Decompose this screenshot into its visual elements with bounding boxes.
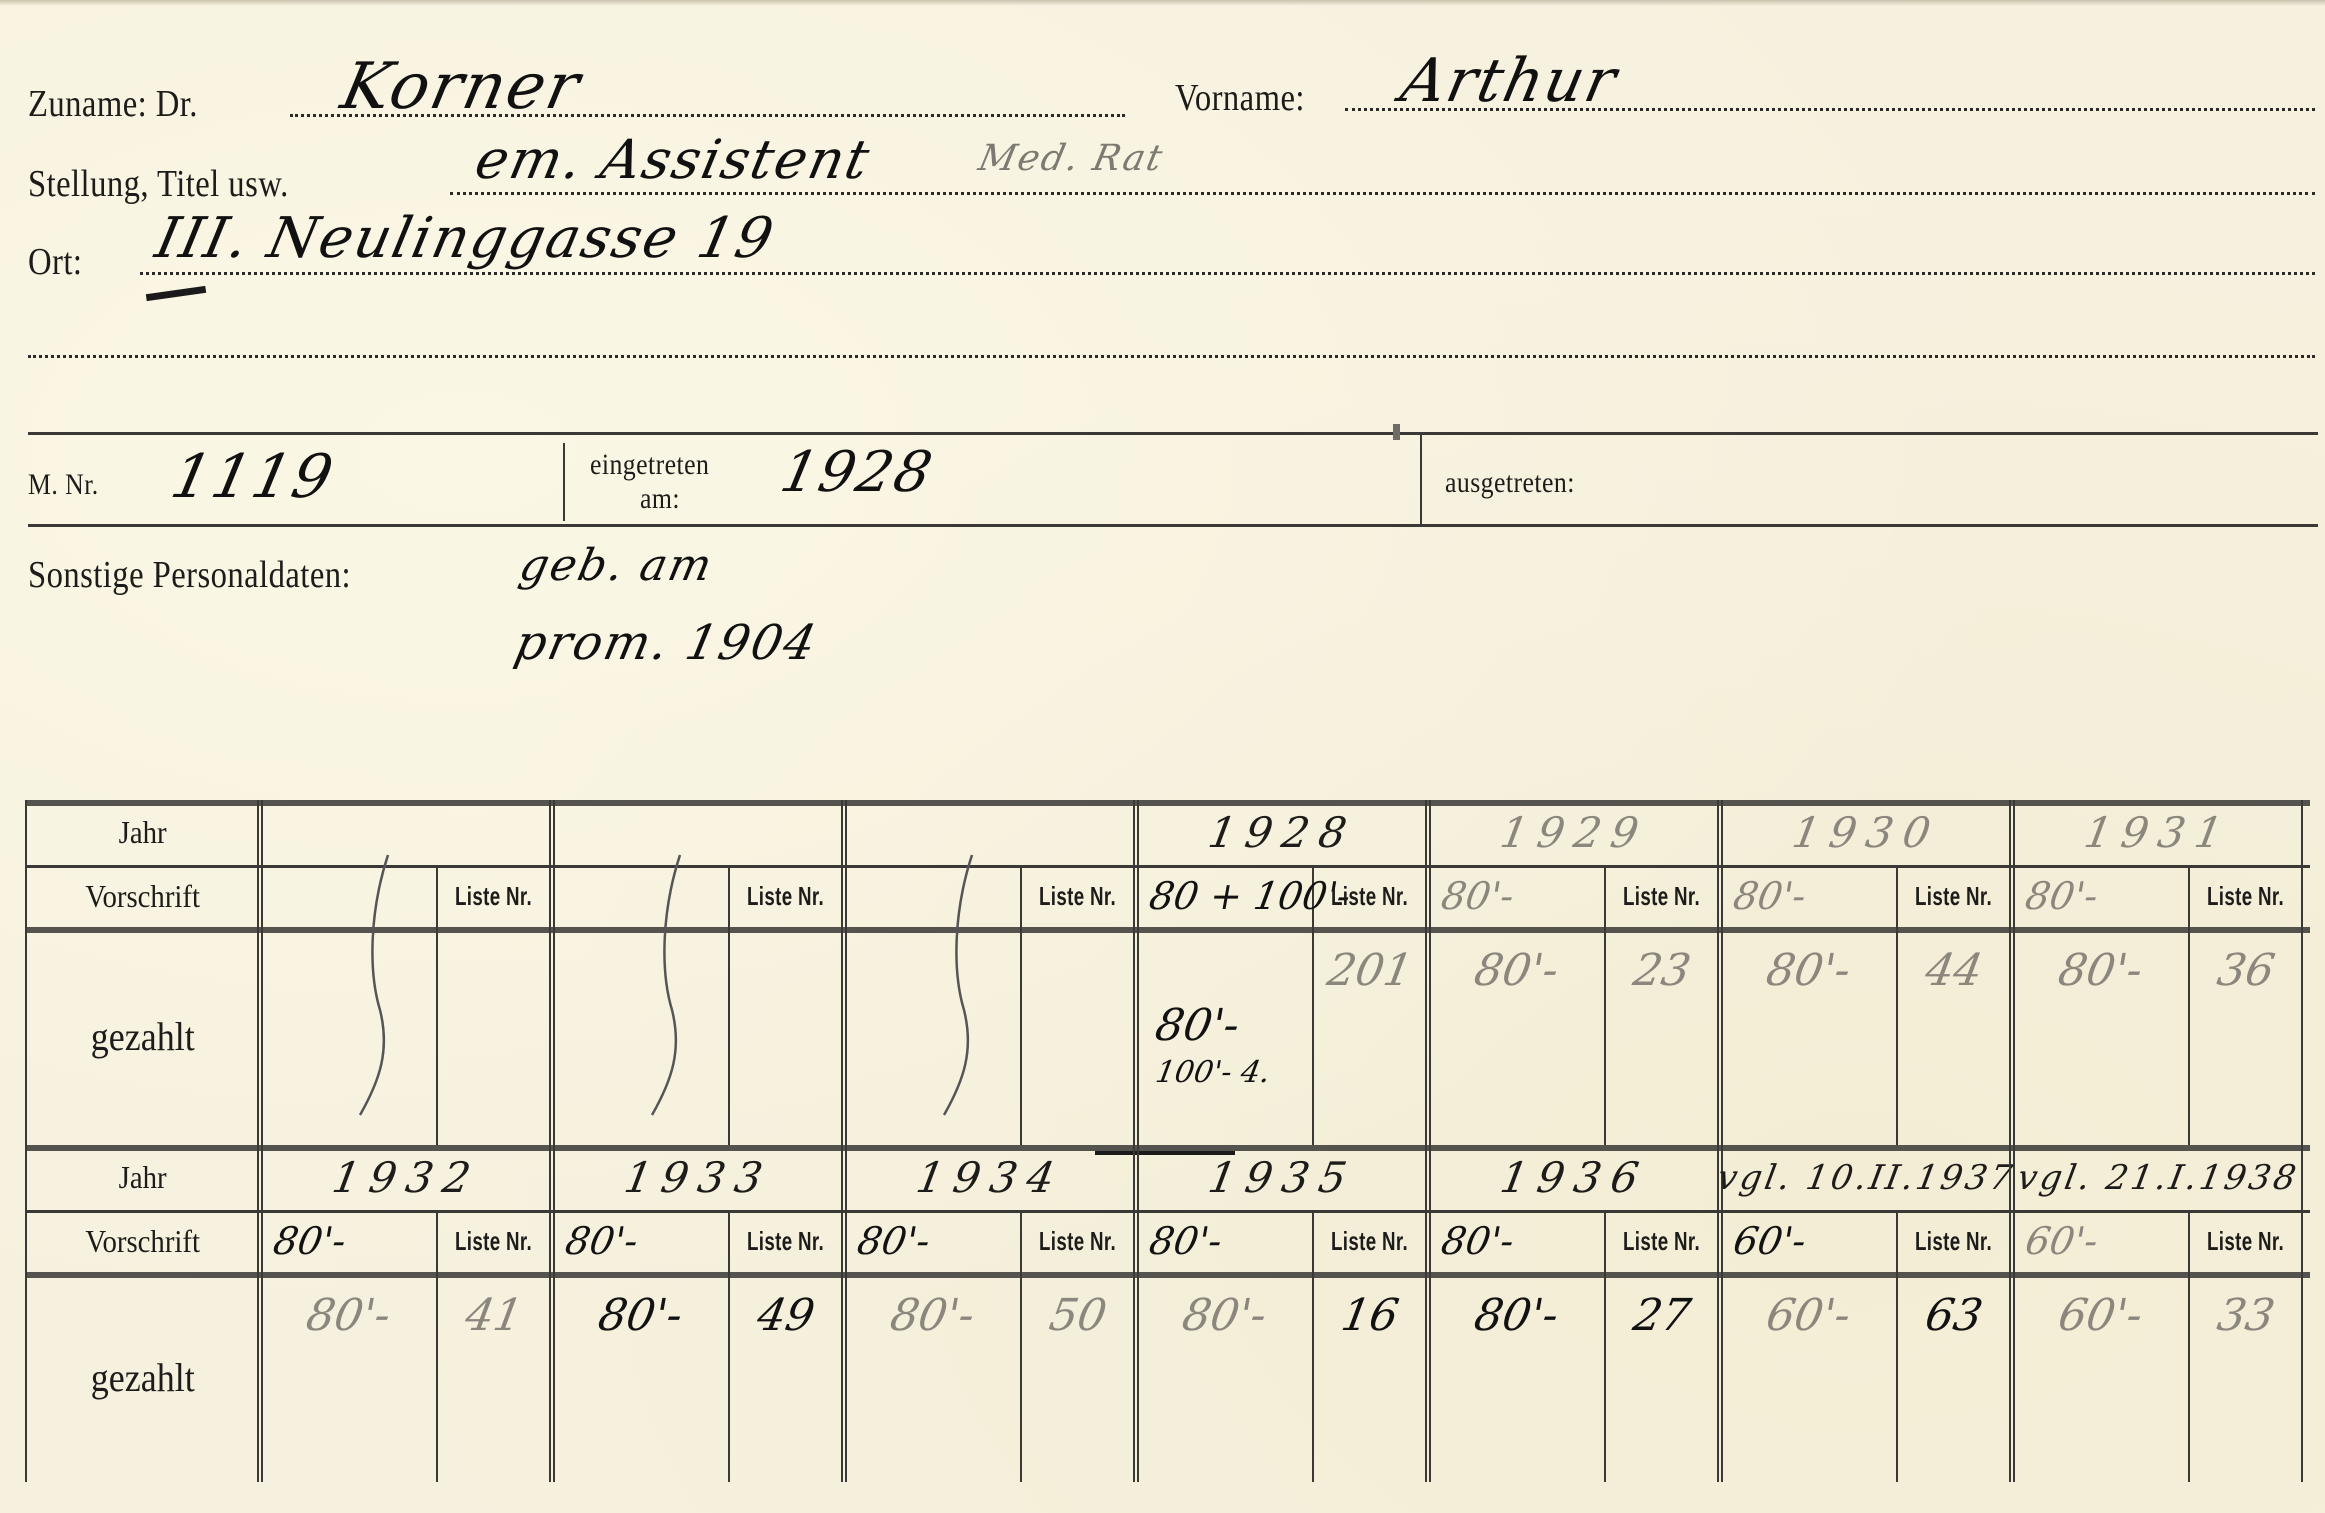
membership-card: Zuname: Dr. Korner Vorname: Arthur Stell… [0,0,2325,1513]
liste-nr-label: Liste Nr. [1039,1226,1116,1257]
scan-edge [0,0,2325,6]
strip-divider-1 [563,443,565,521]
personal-data-line2: prom. 1904 [510,615,823,671]
row-label-required: Vorschrift [25,1210,260,1272]
year-cell: 1933 [552,1145,844,1210]
year-value: 1933 [620,1153,776,1202]
liste-nr-value: 50 [1046,1290,1111,1341]
place-label: Ort: [28,240,82,284]
required-amount-value: 80'- [2022,874,2101,918]
required-amount-cell: 80'- [2012,865,2188,927]
paid-amount-cell: 80'- [1720,927,1896,1145]
strip-divider-2 [1420,432,1422,524]
position-label: Stellung, Titel usw. [28,162,289,206]
left-label: ausgetreten: [1445,466,1575,500]
required-amount-value: 60'- [2022,1219,2101,1263]
liste-nr-cell [436,927,552,1145]
paid-amount-value: 80'- [1178,1290,1270,1341]
liste-nr-cell: 201 [1312,927,1428,1145]
row-label-year: Jahr [25,1145,260,1210]
year-value: 1928 [1204,808,1360,857]
joined-label-line1: eingetreten [590,448,709,482]
row-label-paid: gezahlt [25,1272,260,1482]
paid-amount-value: 80'- [302,1290,394,1341]
strike-through-mark [350,850,420,1120]
year-cell: 1934 [844,1145,1136,1210]
liste-nr-label: Liste Nr. [1915,1226,1992,1257]
paid-amount-cell: 80'- [1428,927,1604,1145]
liste-nr-cell: 41 [436,1272,552,1482]
required-amount-value: 60'- [1730,1219,1809,1263]
paid-amount-value: 80'- [886,1290,978,1341]
liste-nr-cell: 36 [2188,927,2304,1145]
required-amount-value: 80'- [1146,1219,1225,1263]
year-value: 1930 [1788,808,1944,857]
year-value: 1936 [1496,1153,1652,1202]
liste-nr-label-cell: Liste Nr. [436,1210,552,1272]
liste-nr-cell: 27 [1604,1272,1720,1482]
row-label-required-text: Vorschrift [85,878,200,915]
row-label-required: Vorschrift [25,865,260,927]
position-line [450,192,2315,195]
required-amount-value: 80'- [270,1219,349,1263]
year-cell: 1928 [1136,800,1428,865]
strip-bottom-rule [28,524,2318,527]
paid-amount-cell: 80'- [1428,1272,1604,1482]
paid-amount-value: 60'- [2054,1290,2146,1341]
year-cell: 1936 [1428,1145,1720,1210]
required-amount-cell: 60'- [2012,1210,2188,1272]
paid-amount-cell: 80'- [552,1272,728,1482]
paid-amount-cell: 80'- [2012,927,2188,1145]
paid-amount-extra: 100'- 4. [1153,1055,1273,1090]
liste-nr-value: 41 [462,1290,527,1341]
year-value: vgl. 21.I.1938 [2014,1158,2301,1198]
row-label-year-text: Jahr [119,814,167,851]
liste-nr-label: Liste Nr. [747,881,824,912]
place-value: III. Neulinggasse 19 [150,206,781,271]
liste-nr-value: 63 [1922,1290,1987,1341]
paid-amount-cell: 80'- [260,1272,436,1482]
row-label-year: Jahr [25,800,260,865]
required-amount-cell: 80'- [260,1210,436,1272]
required-amount-value: 80'- [1438,1219,1517,1263]
required-amount-cell: 80 + 100'- [1136,865,1312,927]
liste-nr-label-cell: Liste Nr. [1896,865,2012,927]
liste-nr-value: 201 [1324,945,1417,996]
required-amount-cell: 80'- [1428,1210,1604,1272]
row-label-paid-text: gezahlt [91,1354,195,1401]
year-value: 1932 [328,1153,484,1202]
strip-mark [1393,424,1400,440]
liste-nr-label: Liste Nr. [1623,881,1700,912]
year-cell: 1932 [260,1145,552,1210]
year-value: 1929 [1496,808,1652,857]
surname-value: Korner [335,50,588,124]
required-amount-value: 80'- [854,1219,933,1263]
liste-nr-label: Liste Nr. [2207,881,2284,912]
year-cell: 1931 [2012,800,2304,865]
blank-line [28,355,2315,358]
required-amount-cell: 80'- [844,1210,1020,1272]
year-cell: vgl. 21.I.1938 [2012,1145,2304,1210]
liste-nr-label-cell: Liste Nr. [1896,1210,2012,1272]
paid-amount-value: 80'- [2054,945,2146,996]
liste-nr-label: Liste Nr. [1331,1226,1408,1257]
liste-nr-cell [728,927,844,1145]
joined-value: 1928 [775,440,939,505]
year-cell: 1935 [1136,1145,1428,1210]
liste-nr-cell: 44 [1896,927,2012,1145]
row-label-required-text: Vorschrift [85,1223,200,1260]
liste-nr-label: Liste Nr. [1623,1226,1700,1257]
liste-nr-label-cell: Liste Nr. [2188,865,2304,927]
liste-nr-cell: 33 [2188,1272,2304,1482]
liste-nr-label: Liste Nr. [455,881,532,912]
paid-amount-value: 80'- [1470,1290,1562,1341]
liste-nr-label-cell: Liste Nr. [1020,1210,1136,1272]
liste-nr-value: 33 [2214,1290,2279,1341]
liste-nr-label-cell: Liste Nr. [2188,1210,2304,1272]
liste-nr-value: 16 [1338,1290,1403,1341]
year-cell: 1929 [1428,800,1720,865]
liste-nr-cell: 16 [1312,1272,1428,1482]
row-label-year-text: Jahr [119,1159,167,1196]
liste-nr-cell: 50 [1020,1272,1136,1482]
paid-amount-cell: 60'- [2012,1272,2188,1482]
liste-nr-cell [1020,927,1136,1145]
strip-top-rule [28,432,2318,435]
liste-nr-cell: 63 [1896,1272,2012,1482]
paid-amount-cell: 80'-100'- 4. [1136,927,1312,1145]
year-value: 1934 [912,1153,1068,1202]
paid-amount-cell: 80'- [844,1272,1020,1482]
liste-nr-label-cell: Liste Nr. [436,865,552,927]
personal-data-line1: geb. am [515,540,718,591]
firstname-label: Vorname: [1175,76,1305,120]
liste-nr-value: 27 [1630,1290,1695,1341]
required-amount-value: 80'- [562,1219,641,1263]
liste-nr-label: Liste Nr. [2207,1226,2284,1257]
position-note: Med. Rat [975,138,1168,179]
row-label-paid: gezahlt [25,927,260,1145]
year-cell: 1930 [1720,800,2012,865]
member-number-value: 1119 [165,442,341,512]
liste-nr-label: Liste Nr. [747,1226,824,1257]
paid-amount-cell: 80'- [1136,1272,1312,1482]
required-amount-cell: 80'- [1428,865,1604,927]
liste-nr-label: Liste Nr. [1331,881,1408,912]
required-amount-cell: 80'- [1720,865,1896,927]
member-number-label: M. Nr. [28,468,99,502]
liste-nr-label-cell: Liste Nr. [1312,865,1428,927]
year-cell: vgl. 10.II.1937 [1720,1145,2012,1210]
place-line [140,272,2315,275]
liste-nr-value: 44 [1922,945,1987,996]
paid-amount-cell: 60'- [1720,1272,1896,1482]
required-amount-cell: 80'- [552,1210,728,1272]
year-value: vgl. 10.II.1937 [1714,1158,2018,1198]
paid-amount-value: 80'- [1470,945,1562,996]
strike-through-mark [934,850,1004,1120]
table-right-border [2301,1145,2303,1482]
personal-data-label: Sonstige Personaldaten: [28,553,351,597]
surname-label: Zuname: Dr. [28,82,198,126]
liste-nr-label: Liste Nr. [455,1226,532,1257]
liste-nr-cell: 49 [728,1272,844,1482]
firstname-value: Arthur [1395,46,1624,116]
liste-nr-cell: 23 [1604,927,1720,1145]
liste-nr-label-cell: Liste Nr. [1604,865,1720,927]
liste-nr-label-cell: Liste Nr. [1604,1210,1720,1272]
position-value: em. Assistent [470,128,876,191]
paid-amount-value: 80'- [594,1290,686,1341]
required-amount-cell: 60'- [1720,1210,1896,1272]
strike-through-mark [642,850,712,1120]
year-value: 1931 [2080,808,2236,857]
liste-nr-value: 49 [754,1290,819,1341]
liste-nr-value: 23 [1630,945,1695,996]
row-label-paid-text: gezahlt [91,1013,195,1060]
required-amount-cell: 80'- [1136,1210,1312,1272]
paid-amount-value: 80'- [1152,1000,1244,1051]
liste-nr-label: Liste Nr. [1039,881,1116,912]
place-underline [146,286,206,301]
liste-nr-label-cell: Liste Nr. [728,1210,844,1272]
liste-nr-value: 36 [2214,945,2279,996]
joined-label-line2: am: [640,482,680,516]
liste-nr-label-cell: Liste Nr. [1020,865,1136,927]
required-amount-value: 80'- [1730,874,1809,918]
paid-amount-value: 60'- [1762,1290,1854,1341]
liste-nr-label-cell: Liste Nr. [728,865,844,927]
liste-nr-label-cell: Liste Nr. [1312,1210,1428,1272]
required-amount-value: 80'- [1438,874,1517,918]
paid-amount-value: 80'- [1762,945,1854,996]
liste-nr-label: Liste Nr. [1915,881,1992,912]
year-value: 1935 [1204,1153,1360,1202]
table-right-border [2301,800,2303,1145]
